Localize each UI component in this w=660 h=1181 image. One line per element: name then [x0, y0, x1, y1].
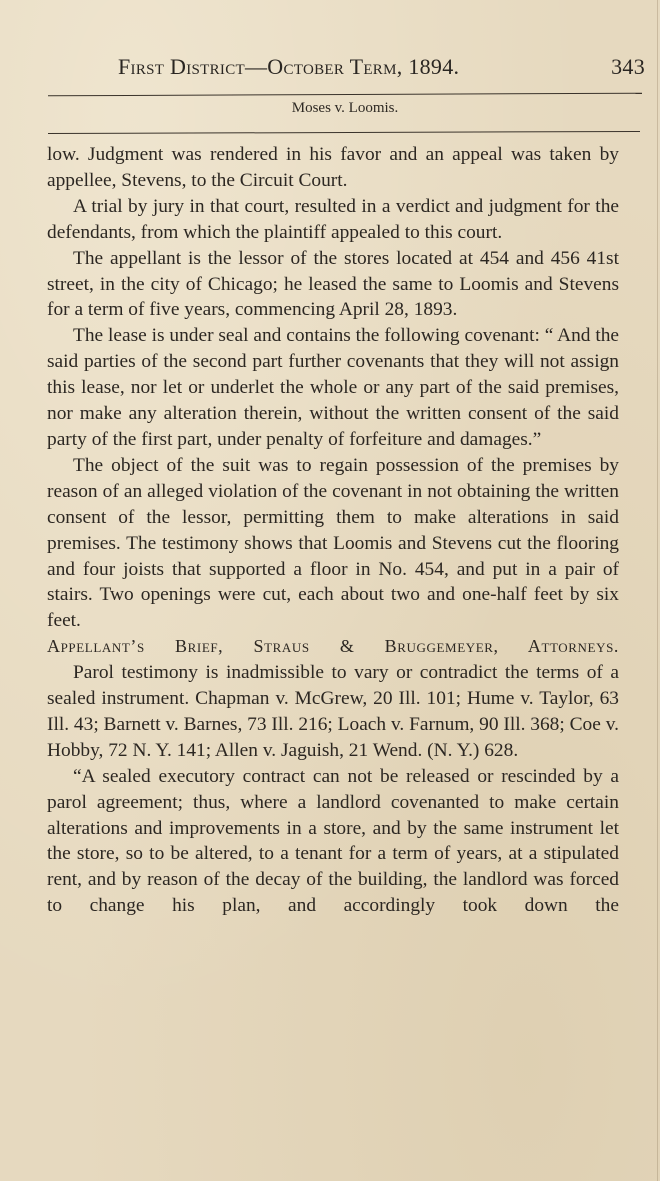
running-head: First District—October Term, 1894. 343 [118, 54, 645, 84]
body-text: low. Judgment was rendered in his favor … [47, 142, 619, 919]
paragraph-covenant: The lease is under seal and contains the… [47, 323, 619, 453]
paragraph: A trial by jury in that court, resulted … [47, 194, 619, 246]
case-title: Moses v. Loomis. [0, 100, 660, 117]
brief-paragraph: Parol testimony is inadmissible to vary … [47, 660, 619, 764]
paragraph: The appellant is the lessor of the store… [47, 246, 619, 324]
section-heading: Appellant’s Brief, Straus & Bruggemeyer,… [47, 634, 619, 660]
running-head-title: First District—October Term, 1894. [118, 54, 459, 80]
page-edge [657, 0, 658, 1181]
paragraph: The object of the suit was to regain pos… [47, 453, 619, 634]
book-page: First District—October Term, 1894. 343 M… [0, 0, 660, 1181]
header-rule-bottom [48, 131, 640, 134]
paragraph-continuation: low. Judgment was rendered in his favor … [47, 142, 619, 194]
header-rule-top [48, 93, 642, 97]
page-number: 343 [611, 54, 645, 80]
brief-paragraph-quote: “A sealed executory contract can not be … [47, 764, 619, 919]
